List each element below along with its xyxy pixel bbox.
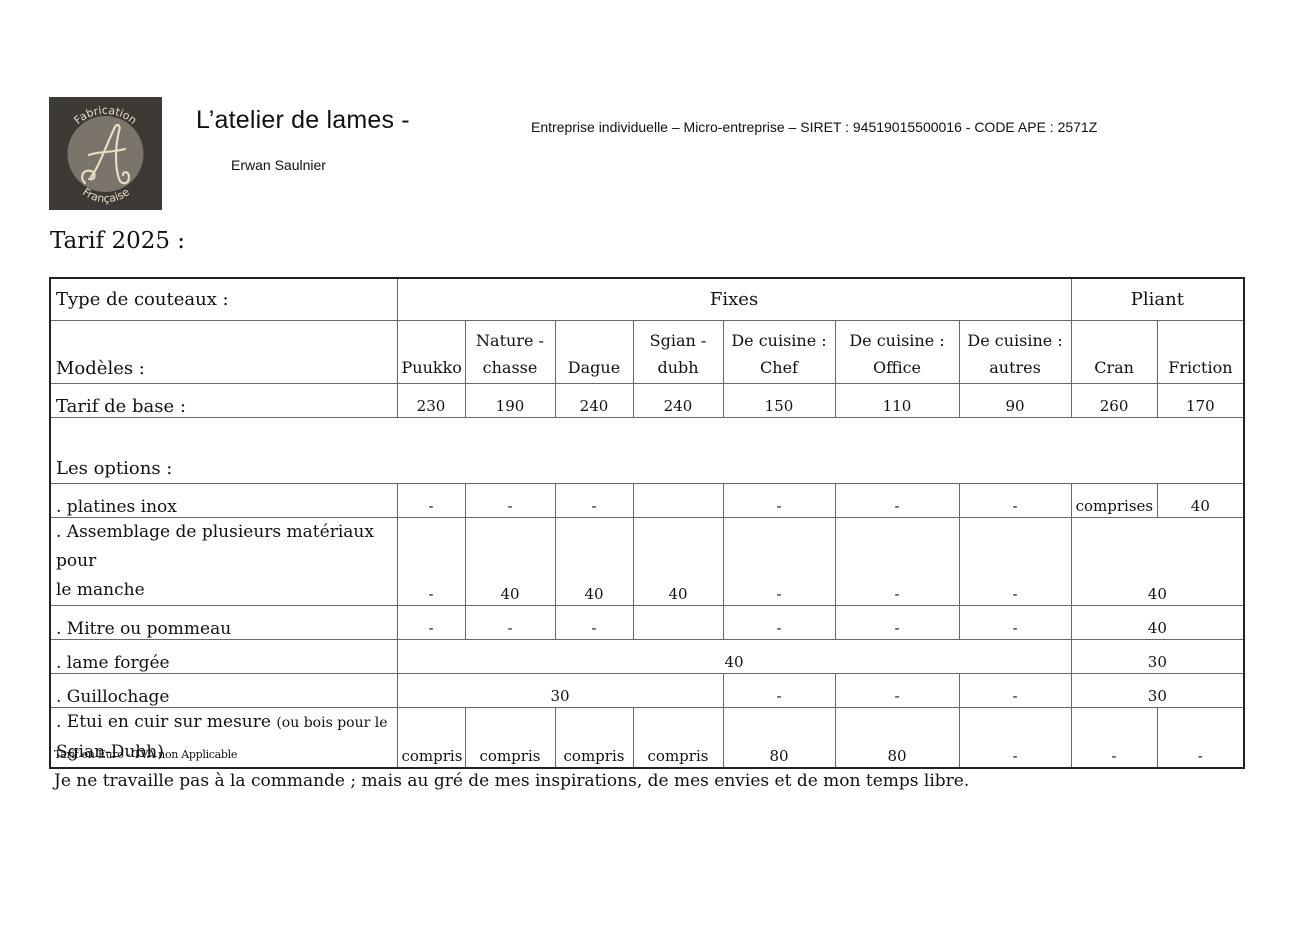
base-price: 170 <box>1157 384 1244 418</box>
option-row-guillochage: . Guillochage 30 - - - 30 <box>50 674 1244 708</box>
option-value: - <box>555 606 633 640</box>
option-value: - <box>555 484 633 518</box>
option-value: 40 <box>1157 484 1244 518</box>
tarif-title: Tarif 2025 : <box>50 228 185 254</box>
fabrication-francaise-logo-icon: Fabrication Française <box>49 97 162 210</box>
group-pliant: Pliant <box>1071 278 1244 321</box>
option-value: 40 <box>633 518 723 606</box>
option-row-lame-forgee: . lame forgée 40 30 <box>50 640 1244 674</box>
base-price: 190 <box>465 384 555 418</box>
base-price: 110 <box>835 384 959 418</box>
option-value: compris <box>465 708 555 769</box>
base-label: Tarif de base : <box>50 384 397 418</box>
model-puukko: Puukko <box>397 321 465 384</box>
model-nature-chasse: Nature -chasse <box>465 321 555 384</box>
price-table: Type de couteaux : Fixes Pliant Modèles … <box>49 277 1245 769</box>
base-price: 230 <box>397 384 465 418</box>
base-price: 260 <box>1071 384 1157 418</box>
option-row-assemblage: . Assemblage de plusieurs matériaux pour… <box>50 518 1244 606</box>
option-value-pliant: 30 <box>1071 640 1244 674</box>
option-value: 40 <box>465 518 555 606</box>
option-value-pliant: 40 <box>1071 606 1244 640</box>
footnote: Tarif en Euro - TVA non Applicable <box>54 748 237 761</box>
option-value: - <box>835 674 959 708</box>
models-row: Modèles : Puukko Nature -chasse Dague Sg… <box>50 321 1244 384</box>
option-value: compris <box>633 708 723 769</box>
option-value: - <box>835 484 959 518</box>
model-friction: Friction <box>1157 321 1244 384</box>
brand-title: L’atelier de lames - <box>196 106 410 135</box>
option-value: - <box>723 518 835 606</box>
option-value: - <box>465 484 555 518</box>
option-value: 80 <box>723 708 835 769</box>
models-label: Modèles : <box>50 321 397 384</box>
model-cuisine-autres: De cuisine :autres <box>959 321 1071 384</box>
group-fixes: Fixes <box>397 278 1071 321</box>
closing-line: Je ne travaille pas à la commande ; mais… <box>54 771 969 791</box>
option-value: - <box>959 708 1071 769</box>
model-cuisine-chef: De cuisine :Chef <box>723 321 835 384</box>
base-price: 240 <box>633 384 723 418</box>
option-value-pliant: 40 <box>1071 518 1244 606</box>
option-value: - <box>397 606 465 640</box>
type-label: Type de couteaux : <box>50 278 397 321</box>
option-value-fixes: 40 <box>397 640 1071 674</box>
option-value-pliant: 30 <box>1071 674 1244 708</box>
base-price: 240 <box>555 384 633 418</box>
option-value: - <box>959 518 1071 606</box>
company-info: Entreprise individuelle – Micro-entrepri… <box>531 119 1097 135</box>
option-value: - <box>959 606 1071 640</box>
option-value: - <box>835 606 959 640</box>
option-value: - <box>959 484 1071 518</box>
option-value: - <box>723 484 835 518</box>
type-row: Type de couteaux : Fixes Pliant <box>50 278 1244 321</box>
option-row-platines: . platines inox - - - - - - comprises 40 <box>50 484 1244 518</box>
model-cran: Cran <box>1071 321 1157 384</box>
option-value-merged: 30 <box>397 674 723 708</box>
base-price-row: Tarif de base : 230 190 240 240 150 110 … <box>50 384 1244 418</box>
options-title-row: Les options : <box>50 418 1244 484</box>
option-value: - <box>1071 708 1157 769</box>
base-price: 150 <box>723 384 835 418</box>
option-value: - <box>835 518 959 606</box>
option-value <box>633 484 723 518</box>
option-value: - <box>723 606 835 640</box>
option-value: compris <box>397 708 465 769</box>
option-value: - <box>959 674 1071 708</box>
option-label: . Mitre ou pommeau <box>50 606 397 640</box>
option-value: - <box>723 674 835 708</box>
option-value <box>633 606 723 640</box>
model-sgian-dubh: Sgian -dubh <box>633 321 723 384</box>
option-value: - <box>397 518 465 606</box>
logo: Fabrication Française <box>49 97 162 210</box>
option-label: . lame forgée <box>50 640 397 674</box>
option-value: - <box>397 484 465 518</box>
option-value: - <box>1157 708 1244 769</box>
model-dague: Dague <box>555 321 633 384</box>
option-label: . platines inox <box>50 484 397 518</box>
option-label: . Assemblage de plusieurs matériaux pour… <box>50 518 397 606</box>
options-title: Les options : <box>50 418 1244 484</box>
option-row-mitre: . Mitre ou pommeau - - - - - - 40 <box>50 606 1244 640</box>
option-value: 80 <box>835 708 959 769</box>
option-label: . Guillochage <box>50 674 397 708</box>
model-cuisine-office: De cuisine :Office <box>835 321 959 384</box>
option-value: 40 <box>555 518 633 606</box>
option-value: compris <box>555 708 633 769</box>
option-value: comprises <box>1071 484 1157 518</box>
option-value: - <box>465 606 555 640</box>
owner-name: Erwan Saulnier <box>231 157 326 173</box>
base-price: 90 <box>959 384 1071 418</box>
